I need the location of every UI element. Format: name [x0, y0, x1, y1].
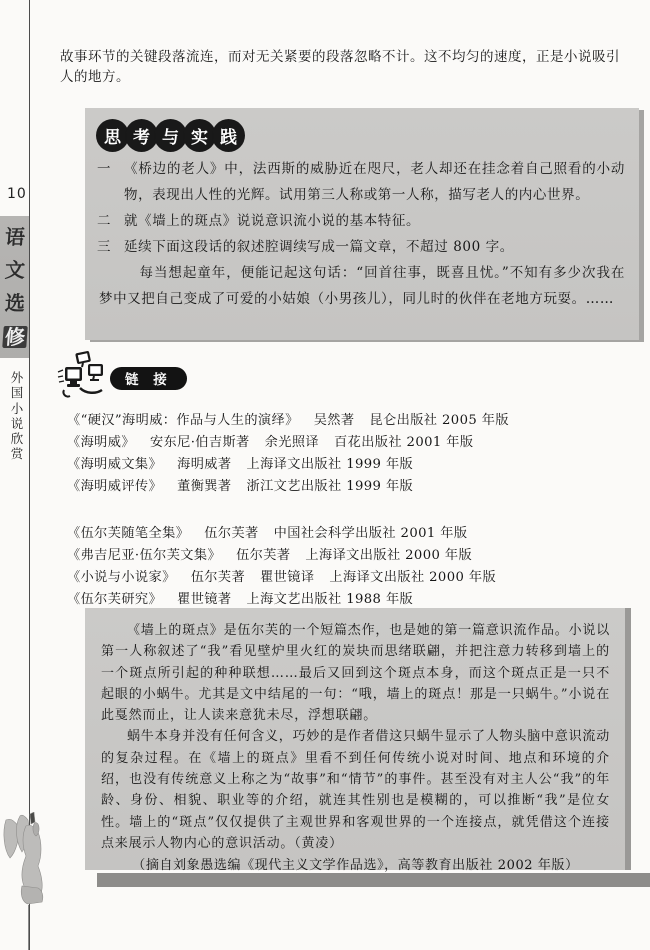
book-entry: 《“硬汉”海明威：作品与人生的演绎》吴然著昆仑出版社 2005 年版	[67, 410, 622, 432]
book-title: 《“硬汉”海明威：作品与人生的演绎》	[67, 413, 299, 428]
book-title: 《小说与小说家》	[67, 570, 176, 585]
page-number: 10	[7, 186, 27, 202]
book-author: 伍尔芙著	[191, 570, 245, 585]
series-char: 修	[2, 326, 28, 348]
subject-char: 小	[11, 401, 24, 416]
book-author: 安东尼·伯吉斯著	[150, 435, 250, 450]
think-practice-title: 思 考 与 实 践	[97, 119, 625, 151]
links-title-badge: 链 接	[110, 367, 187, 390]
book-author: 海明威著	[177, 457, 231, 472]
book-press: 百花出版社 2001 年版	[334, 435, 473, 450]
exercise-number: 二	[97, 208, 124, 234]
angel-statue-image	[0, 812, 58, 914]
computers-icon	[56, 350, 114, 402]
book-entry: 《伍尔芙随笔全集》伍尔芙著中国社会科学出版社 2001 年版	[67, 523, 622, 545]
review-paragraph: 《墙上的斑点》是伍尔芙的一个短篇杰作，也是她的第一篇意识流作品。小说以第一人称叙…	[101, 620, 610, 726]
book-translator: 瞿世镜译	[260, 570, 314, 585]
review-paragraph: 蜗牛本身并没有任何含义，巧妙的是作者借这只蜗牛显示了人物头脑中意识流动的复杂过程…	[101, 726, 610, 854]
book-author: 吴然著	[314, 413, 355, 428]
book-press: 上海文艺出版社 1988 年版	[246, 592, 413, 607]
book-entry: 《小说与小说家》伍尔芙著瞿世镜译上海译文出版社 2000 年版	[67, 567, 622, 589]
subject-char: 欣	[11, 431, 24, 446]
sidebar-lower-rule	[28, 905, 29, 950]
book-press: 上海译文出版社 2000 年版	[329, 570, 496, 585]
intro-paragraph: 故事环节的关键段落流连，而对无关紧要的段落忽略不计。这不均匀的速度，正是小说吸引…	[60, 47, 620, 87]
book-press: 昆仑出版社 2005 年版	[369, 413, 508, 428]
series-char: 文	[4, 260, 25, 280]
book-translator: 余光照译	[265, 435, 319, 450]
title-circle: 与	[155, 120, 186, 151]
exercise-number: 三	[97, 234, 124, 260]
subject-char: 赏	[11, 446, 24, 461]
review-panel: 《墙上的斑点》是伍尔芙的一个短篇杰作，也是她的第一篇意识流作品。小说以第一人称叙…	[85, 608, 625, 870]
subject-char: 说	[11, 416, 24, 431]
subject-title-vertical: 外 国 小 说 欣 赏	[8, 370, 26, 462]
think-practice-panel: 思 考 与 实 践 一 《桥边的老人》中，法西斯的威胁近在咫尺，老人却还在挂念着…	[85, 108, 639, 340]
exercise-text: 延续下面这段话的叙述腔调续写成一篇文章，不超过 800 字。	[124, 234, 625, 260]
series-char: 选	[4, 293, 25, 313]
book-group-gap	[67, 498, 622, 523]
book-press: 上海译文出版社 2000 年版	[305, 548, 472, 563]
exercise-text: 就《墙上的斑点》说说意识流小说的基本特征。	[124, 208, 625, 234]
book-title: 《弗吉尼亚·伍尔芙文集》	[67, 548, 221, 563]
title-circle: 考	[126, 120, 157, 151]
series-char: 语	[4, 227, 25, 247]
title-circle: 实	[184, 120, 215, 151]
reference-book-list: 《“硬汉”海明威：作品与人生的演绎》吴然著昆仑出版社 2005 年版 《海明威》…	[67, 410, 622, 611]
subject-char: 国	[11, 385, 24, 400]
series-title-vertical: 语 文 选 修	[0, 216, 29, 358]
exercise-item: 二 就《墙上的斑点》说说意识流小说的基本特征。	[97, 208, 625, 234]
book-entry: 《弗吉尼亚·伍尔芙文集》伍尔芙著上海译文出版社 2000 年版	[67, 545, 622, 567]
book-author: 伍尔芙著	[204, 526, 258, 541]
book-press: 上海译文出版社 1999 年版	[246, 457, 413, 472]
book-entry: 《海明威》安东尼·伯吉斯著余光照译百花出版社 2001 年版	[67, 432, 622, 454]
links-section-header: 链 接	[56, 350, 187, 402]
book-entry: 《海明威文集》海明威著上海译文出版社 1999 年版	[67, 454, 622, 476]
subject-char: 外	[11, 370, 24, 385]
exercise-number: 一	[97, 156, 124, 208]
book-press: 中国社会科学出版社 2001 年版	[274, 526, 468, 541]
exercise-quote-passage: 每当想起童年，便能记起这句话：“回首往事，既喜且忧。”不知有多少次我在梦中又把自…	[99, 260, 625, 312]
book-title: 《海明威》	[67, 435, 135, 450]
book-author: 董衡巽著	[177, 479, 231, 494]
exercise-text: 《桥边的老人》中，法西斯的威胁近在咫尺，老人却还在挂念着自己照看的小动物，表现出…	[124, 156, 625, 208]
title-circle: 践	[213, 120, 244, 151]
book-author: 瞿世镜著	[177, 592, 231, 607]
title-circle: 思	[97, 120, 128, 151]
sidebar-divider-rule	[29, 0, 30, 950]
exercise-item: 三 延续下面这段话的叙述腔调续写成一篇文章，不超过 800 字。	[97, 234, 625, 260]
exercise-item: 一 《桥边的老人》中，法西斯的威胁近在咫尺，老人却还在挂念着自己照看的小动物，表…	[97, 156, 625, 208]
book-title: 《伍尔芙随笔全集》	[67, 526, 189, 541]
book-title: 《海明威评传》	[67, 479, 162, 494]
panel-shadow-bar	[97, 873, 650, 887]
book-entry: 《海明威评传》董衡巽著浙江文艺出版社 1999 年版	[67, 476, 622, 498]
book-title: 《海明威文集》	[67, 457, 162, 472]
book-author: 伍尔芙著	[236, 548, 290, 563]
book-title: 《伍尔芙研究》	[67, 592, 162, 607]
book-press: 浙江文艺出版社 1999 年版	[246, 479, 413, 494]
